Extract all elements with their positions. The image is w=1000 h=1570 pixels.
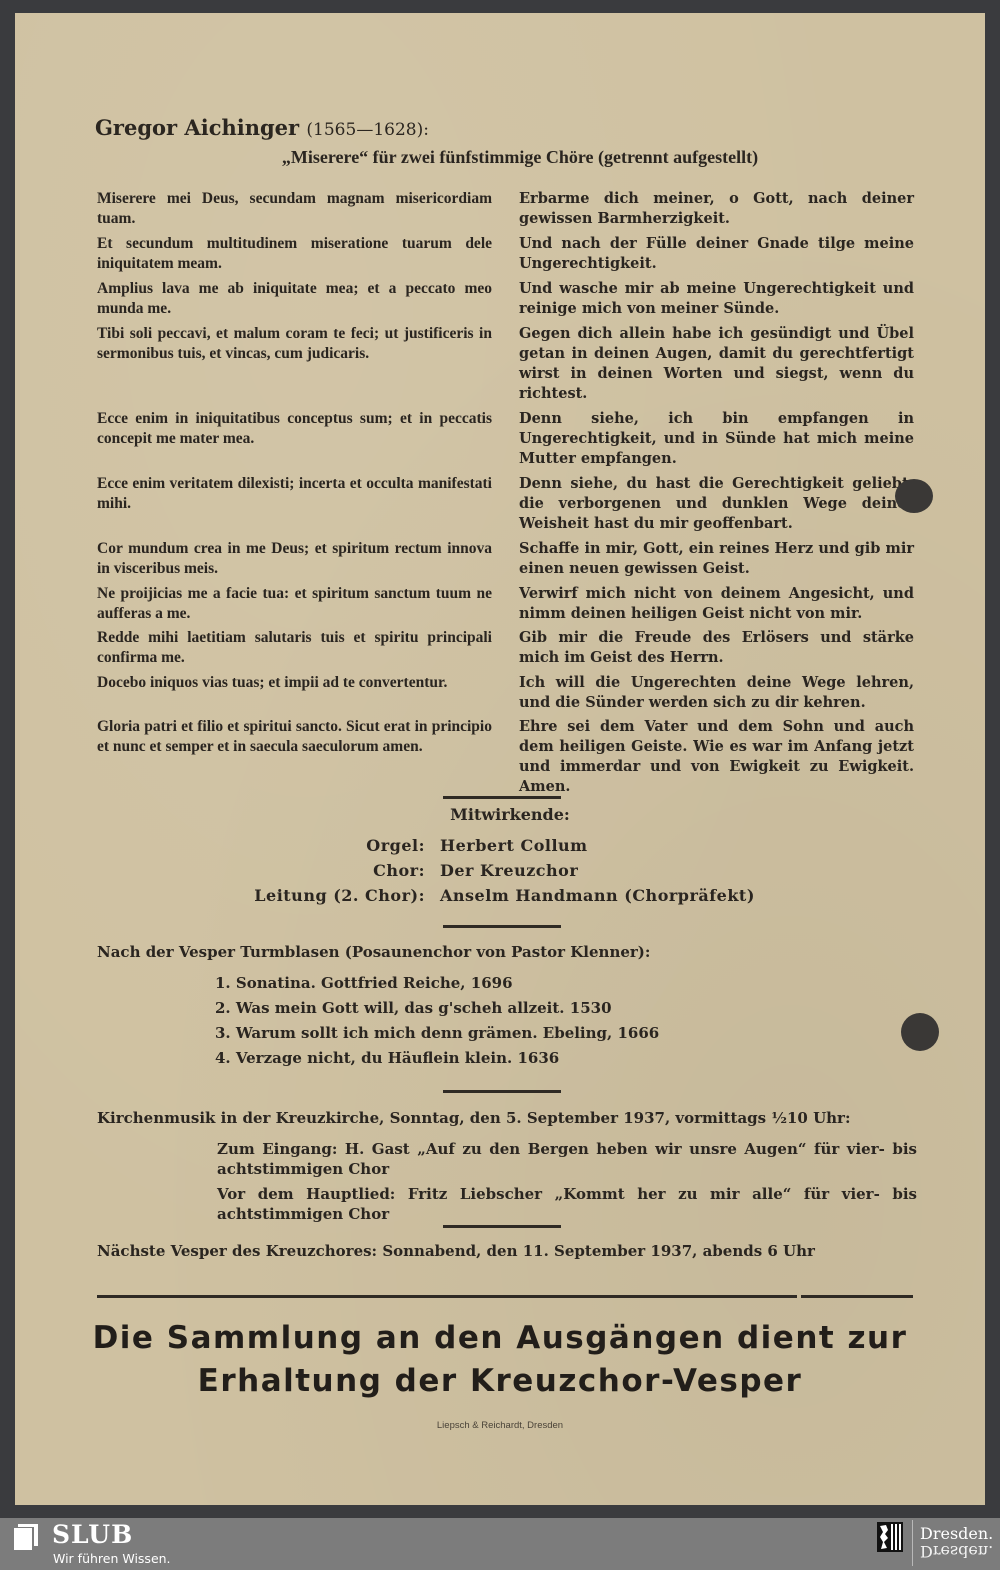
german-verse: Schaffe in mir, Gott, ein reines Herz un… xyxy=(519,539,914,579)
divider-rule xyxy=(443,925,561,928)
church-music-item: Zum Eingang: H. Gast „Auf zu den Bergen … xyxy=(217,1139,917,1179)
banner-rule xyxy=(97,1295,797,1298)
performer-role: Chor: xyxy=(373,861,425,880)
performer-name: Herbert Collum xyxy=(440,836,588,855)
footer-bar: SLUB Wir führen Wissen. Dresden. Dresden… xyxy=(0,1518,1000,1570)
performer-role: Leitung (2. Chor): xyxy=(254,886,425,905)
slub-tagline: Wir führen Wissen. xyxy=(53,1551,171,1566)
performer-name: Anselm Handmann (Chorpräfekt) xyxy=(440,886,755,905)
dresden-wordmark-reflection: Dresden. xyxy=(920,1542,993,1561)
tower-music-item: 1. Sonatina. Gottfried Reiche, 1696 xyxy=(215,974,513,992)
german-verse: Denn siehe, du hast die Gerechtigkeit ge… xyxy=(519,474,914,534)
tower-music-item: 3. Warum sollt ich mich denn grämen. Ebe… xyxy=(215,1024,659,1042)
german-verse: Ehre sei dem Vater und dem Sohn und auch… xyxy=(519,717,914,797)
german-verse: Gib mir die Freude des Erlösers und stär… xyxy=(519,628,914,668)
latin-verse: Amplius lava me ab iniquitate mea; et a … xyxy=(97,279,492,319)
banner-rule xyxy=(801,1295,913,1298)
next-vesper-note: Nächste Vesper des Kreuzchores: Sonnaben… xyxy=(97,1242,815,1260)
slub-brand[interactable]: SLUB xyxy=(52,1520,133,1549)
composer-heading: Gregor Aichinger (1565—1628): xyxy=(95,115,429,140)
collection-banner-line-1: Die Sammlung an den Ausgängen dient zur xyxy=(15,1317,985,1360)
document-page: Gregor Aichinger (1565—1628): „Miserere“… xyxy=(15,13,985,1505)
latin-verse: Miserere mei Deus, secundam magnam miser… xyxy=(97,189,492,229)
tower-music-item: 4. Verzage nicht, du Häuflein klein. 163… xyxy=(215,1049,559,1067)
divider-rule xyxy=(443,796,561,799)
german-verse: Und nach der Fülle deiner Gnade tilge me… xyxy=(519,234,914,274)
divider-rule xyxy=(443,1225,561,1228)
german-verse: Gegen dich allein habe ich gesündigt und… xyxy=(519,324,914,404)
latin-verse: Ecce enim in iniquitatibus conceptus sum… xyxy=(97,409,492,449)
german-verse: Und wasche mir ab meine Ungerechtigkeit … xyxy=(519,279,914,319)
german-verse: Denn siehe, ich bin empfangen in Ungerec… xyxy=(519,409,914,469)
dresden-coat-of-arms-icon xyxy=(877,1522,903,1552)
composer-name: Gregor Aichinger xyxy=(95,115,299,140)
dresden-wordmark[interactable]: Dresden. xyxy=(920,1524,993,1543)
latin-verse: Ne proijicias me a facie tua: et spiritu… xyxy=(97,584,492,624)
performer-name: Der Kreuzchor xyxy=(440,861,578,880)
latin-verse: Docebo iniquos vias tuas; et impii ad te… xyxy=(97,673,492,693)
latin-verse: Cor mundum crea in me Deus; et spiritum … xyxy=(97,539,492,579)
latin-verse: Gloria patri et filio et spiritui sancto… xyxy=(97,717,492,757)
ink-stain xyxy=(901,1013,939,1051)
performer-role: Orgel: xyxy=(366,836,425,855)
german-verse: Verwirf mich nicht von deinem Angesicht,… xyxy=(519,584,914,624)
performers-heading: Mitwirkende: xyxy=(15,805,985,824)
church-music-heading: Kirchenmusik in der Kreuzkirche, Sonntag… xyxy=(97,1109,851,1127)
slub-book-icon xyxy=(12,1522,42,1550)
footer-separator xyxy=(912,1520,913,1566)
german-verse: Ich will die Ungerechten deine Wege lehr… xyxy=(519,673,914,713)
tower-music-heading: Nach der Vesper Turmblasen (Posaunenchor… xyxy=(97,943,650,961)
divider-rule xyxy=(443,1090,561,1093)
tower-music-item: 2. Was mein Gott will, das g'scheh allze… xyxy=(215,999,612,1017)
latin-verse: Et secundum multitudinem miseratione tua… xyxy=(97,234,492,274)
composer-years: (1565—1628): xyxy=(306,120,429,140)
latin-verse: Tibi soli peccavi, et malum coram te fec… xyxy=(97,324,492,364)
latin-verse: Redde mihi laetitiam salutaris tuis et s… xyxy=(97,628,492,668)
work-title: „Miserere“ für zwei fünfstimmige Chöre (… xyxy=(15,147,985,168)
printer-imprint: Liepsch & Reichardt, Dresden xyxy=(15,1420,985,1431)
church-music-item: Vor dem Hauptlied: Fritz Liebscher „Komm… xyxy=(217,1184,917,1224)
collection-banner-line-2: Erhaltung der Kreuzchor-Vesper xyxy=(15,1360,985,1403)
ink-stain xyxy=(895,479,933,513)
latin-verse: Ecce enim veritatem dilexisti; incerta e… xyxy=(97,474,492,514)
german-verse: Erbarme dich meiner, o Gott, nach deiner… xyxy=(519,189,914,229)
